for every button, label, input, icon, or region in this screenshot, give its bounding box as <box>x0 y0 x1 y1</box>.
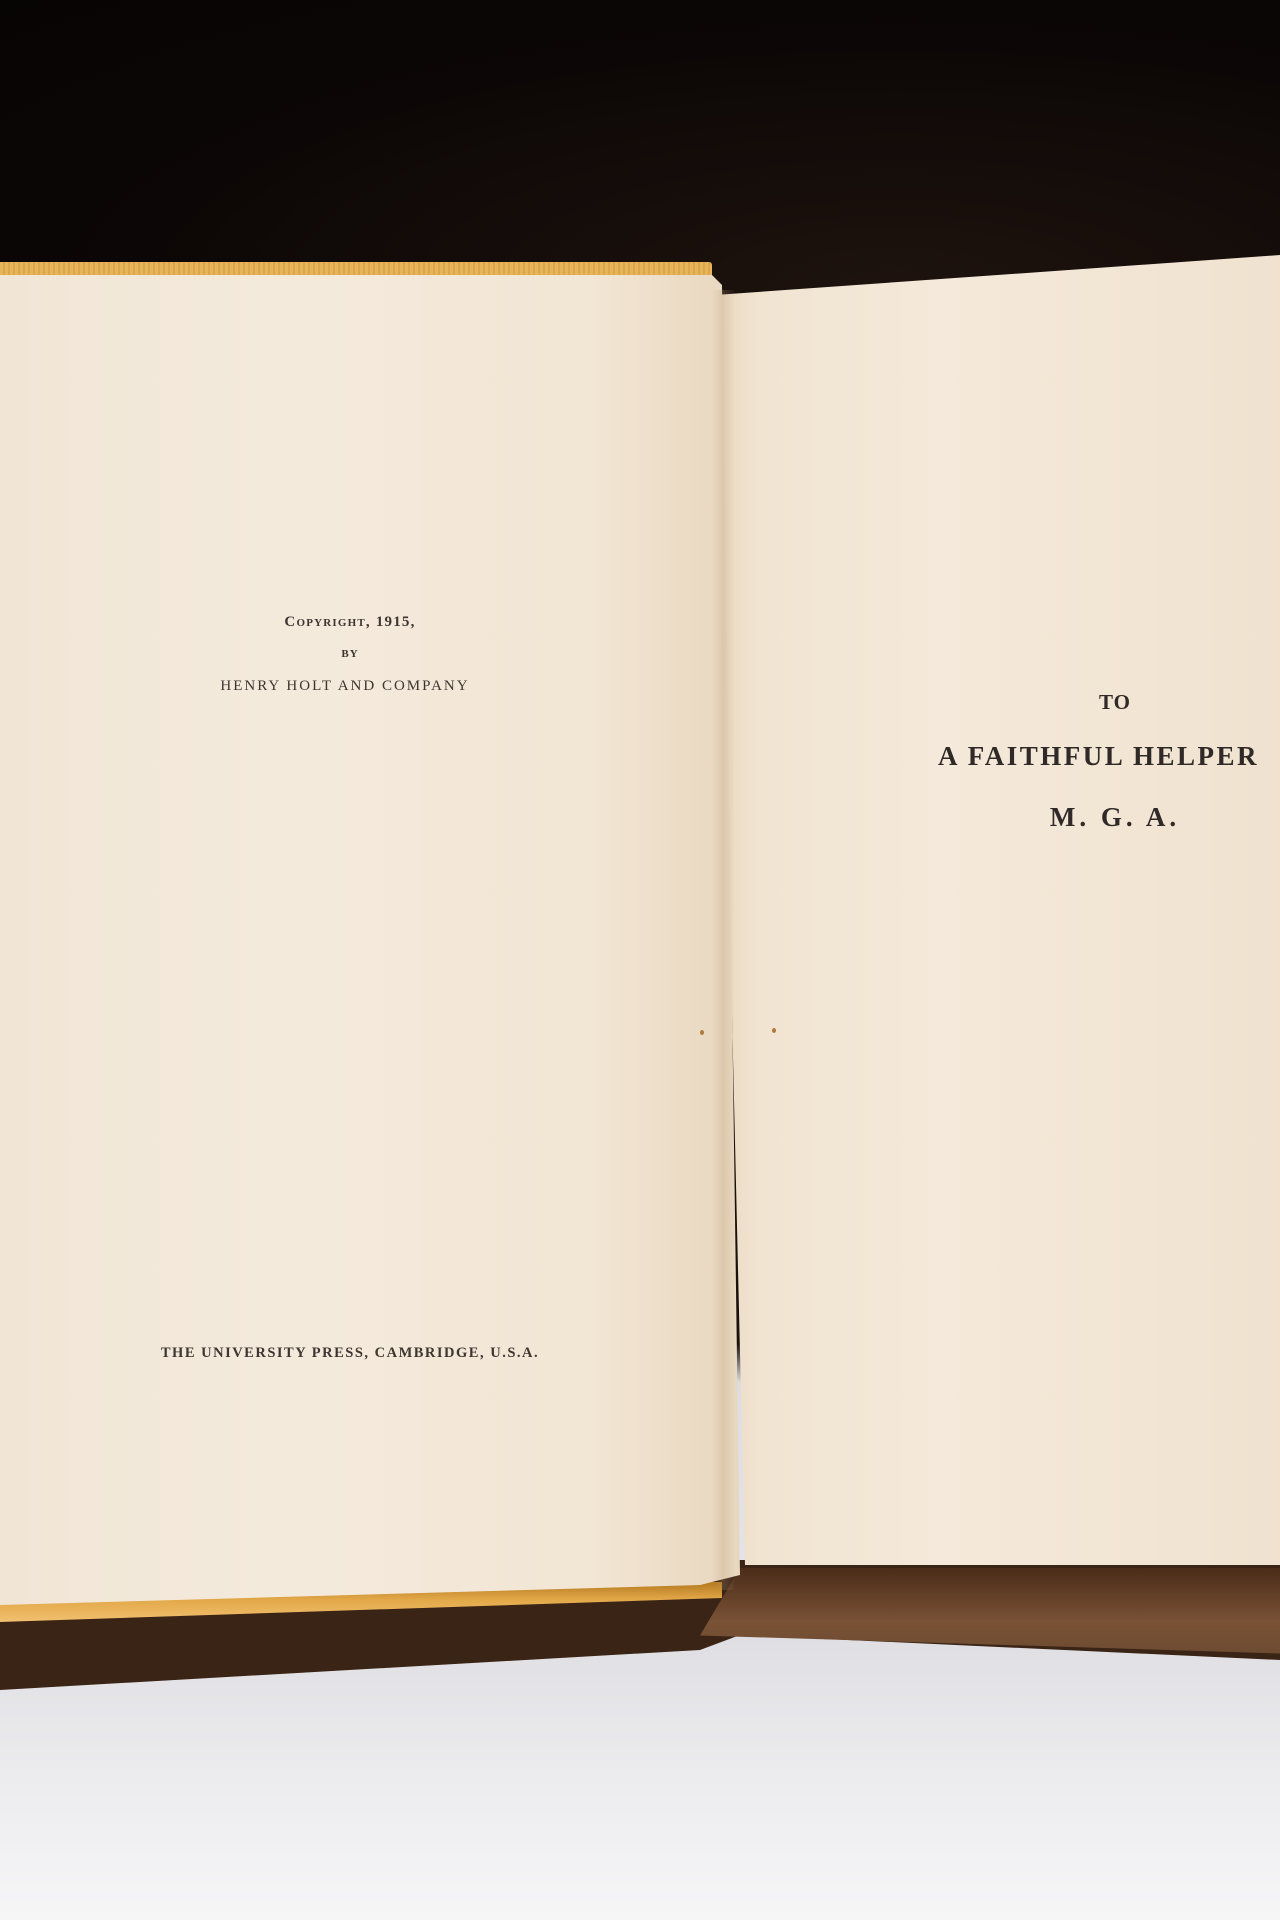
dedication-to: TO <box>1030 690 1200 715</box>
dedication-initials: M. G. A. <box>1030 802 1200 833</box>
printer-imprint: THE UNIVERSITY PRESS, CAMBRIDGE, U.S.A. <box>120 1345 580 1362</box>
dark-backdrop <box>0 0 1280 290</box>
right-page <box>715 255 1280 1565</box>
copyright-line: Copyright, 1915, <box>190 614 510 631</box>
paper-speck <box>772 1028 776 1033</box>
publisher-name: HENRY HOLT AND COMPANY <box>160 678 530 695</box>
paper-speck <box>700 1030 704 1035</box>
by-line: BY <box>190 648 510 660</box>
book-gutter <box>712 290 734 1590</box>
left-page <box>0 275 740 1605</box>
dedication-line: A FAITHFUL HELPER <box>938 741 1280 772</box>
